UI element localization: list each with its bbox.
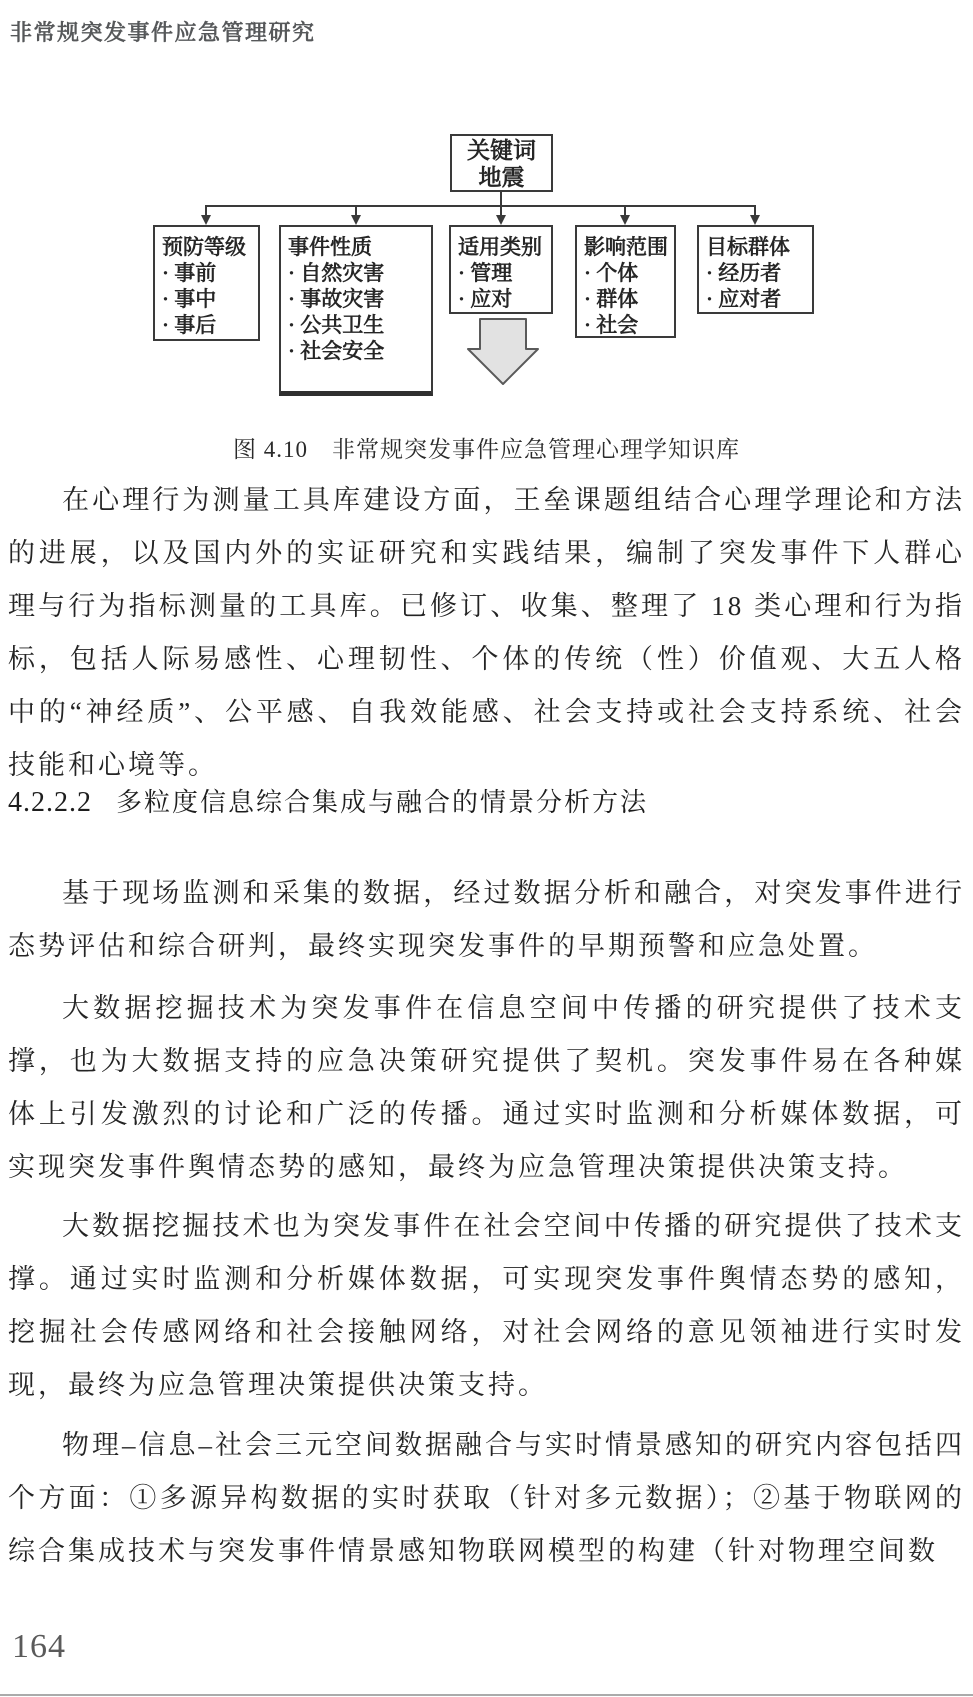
paragraph: 大数据挖掘技术为突发事件在信息空间中传播的研究提供了技术支撑，也为大数据支持的应… xyxy=(8,982,965,1194)
section-title: 多粒度信息综合集成与融合的情景分析方法 xyxy=(116,787,648,817)
arrowhead-down-icon xyxy=(351,215,361,225)
figure-caption-text: 非常规突发事件应急管理心理学知识库 xyxy=(332,437,740,462)
diagram-box-item: · 经历者 xyxy=(706,260,809,286)
diagram-box-item: · 个体 xyxy=(584,260,671,286)
diagram-box-item: · 公共卫生 xyxy=(288,312,428,338)
diagram-box-item: · 事前 xyxy=(162,260,255,286)
figure-connector-horizontal xyxy=(205,205,756,207)
diagram-box-item: · 社会 xyxy=(584,312,671,338)
figure-caption-label: 图 4.10 xyxy=(233,437,308,462)
page-bottom-edge xyxy=(0,1694,973,1696)
diagram-box-title: 适用类别 xyxy=(458,234,548,260)
block-down-arrow-icon xyxy=(466,318,540,386)
section-heading: 4.2.2.2多粒度信息综合集成与融合的情景分析方法 xyxy=(8,782,648,819)
diagram-box-item: · 应对者 xyxy=(706,286,809,312)
diagram-box-item: · 自然灾害 xyxy=(288,260,428,286)
paragraph: 基于现场监测和采集的数据，经过数据分析和融合，对突发事件进行态势评估和综合研判，… xyxy=(8,867,965,973)
diagram-box-item: · 事后 xyxy=(162,312,255,338)
paragraph: 物理–信息–社会三元空间数据融合与实时情景感知的研究内容包括四个方面：①多源异构… xyxy=(8,1419,965,1578)
diagram-box-title: 预防等级 xyxy=(162,234,255,260)
figure-root-keyword-box: 关键词 地震 xyxy=(450,134,553,192)
document-page: 非常规突发事件应急管理研究 关键词 地震 预防等级 · 事前 · 事中 · 事后… xyxy=(0,0,973,1697)
diagram-box-applicable-category: 适用类别 · 管理 · 应对 xyxy=(449,225,553,314)
page-number: 164 xyxy=(12,1628,66,1666)
figure-root-line2: 地震 xyxy=(452,164,551,191)
diagram-box-target-group: 目标群体 · 经历者 · 应对者 xyxy=(697,225,814,314)
diagram-box-item: · 群体 xyxy=(584,286,671,312)
diagram-box-impact-scope: 影响范围 · 个体 · 群体 · 社会 xyxy=(575,225,676,338)
diagram-box-item: · 社会安全 xyxy=(288,338,428,364)
diagram-box-prevention-level: 预防等级 · 事前 · 事中 · 事后 xyxy=(153,225,260,341)
arrowhead-down-icon xyxy=(620,215,630,225)
diagram-box-title: 事件性质 xyxy=(288,234,428,260)
figure-caption: 图 4.10非常规突发事件应急管理心理学知识库 xyxy=(0,431,973,464)
arrowhead-down-icon xyxy=(750,215,760,225)
figure-connector-stub xyxy=(500,191,502,206)
running-header: 非常规突发事件应急管理研究 xyxy=(10,16,316,47)
diagram-box-item: · 事中 xyxy=(162,286,255,312)
diagram-box-title: 影响范围 xyxy=(584,234,671,260)
diagram-box-title: 目标群体 xyxy=(706,234,809,260)
arrowhead-down-icon xyxy=(201,215,211,225)
arrowhead-down-icon xyxy=(496,215,506,225)
diagram-box-item: · 应对 xyxy=(458,286,548,312)
section-number: 4.2.2.2 xyxy=(8,787,92,818)
diagram-box-item: · 事故灾害 xyxy=(288,286,428,312)
diagram-box-event-nature: 事件性质 · 自然灾害 · 事故灾害 · 公共卫生 · 社会安全 xyxy=(279,225,433,396)
diagram-box-item: · 管理 xyxy=(458,260,548,286)
paragraph: 大数据挖掘技术也为突发事件在社会空间中传播的研究提供了技术支撑。通过实时监测和分… xyxy=(8,1200,965,1412)
paragraph: 在心理行为测量工具库建设方面，王垒课题组结合心理学理论和方法的进展，以及国内外的… xyxy=(8,474,965,792)
figure-root-line1: 关键词 xyxy=(452,137,551,164)
